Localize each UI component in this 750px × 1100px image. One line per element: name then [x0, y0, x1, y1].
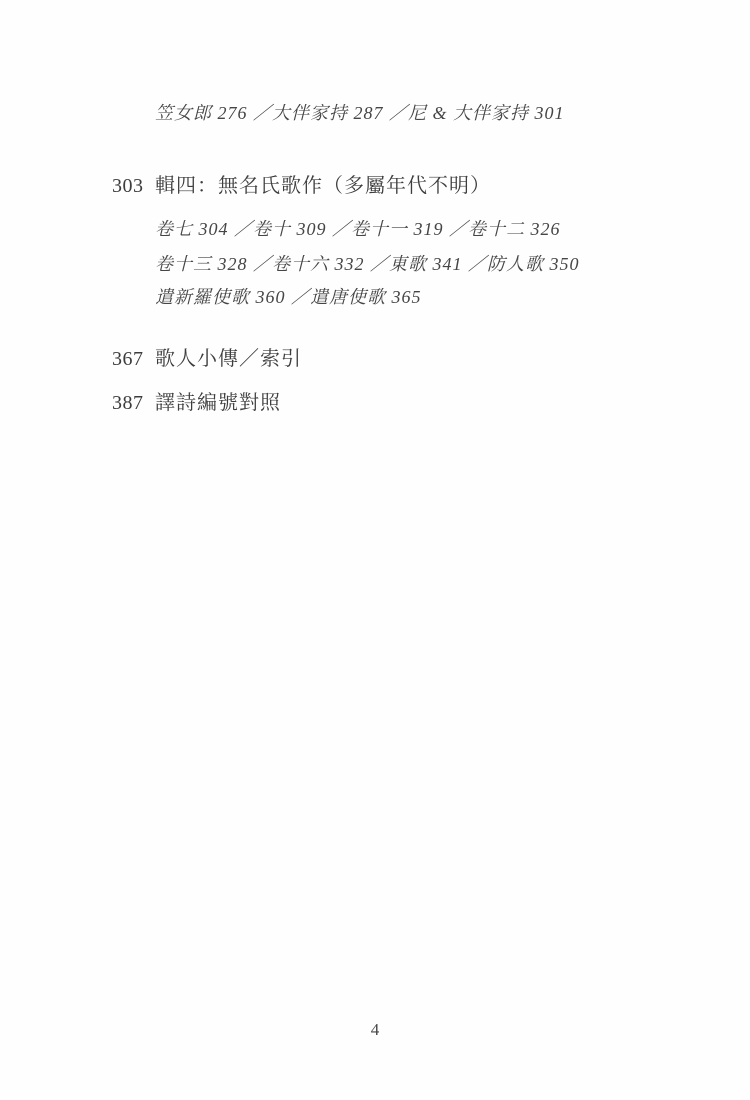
toc-subentry-line: 卷七 304 ／卷十 309 ／卷十一 319 ／卷十二 326 [155, 219, 561, 241]
toc-entry-page-number: 367 [112, 347, 155, 371]
toc-entry: 367 歌人小傳／索引 [112, 347, 302, 371]
toc-subentry-line: 卷十三 328 ／卷十六 332 ／東歌 341 ／防人歌 350 [155, 254, 580, 276]
toc-subentry-line: 遣新羅使歌 360 ／遣唐使歌 365 [155, 287, 422, 309]
toc-entry-title: 輯四：無名氏歌作（多屬年代不明） [155, 174, 491, 198]
toc-entry-title: 歌人小傳／索引 [155, 347, 302, 371]
toc-continuation-line: 笠女郎 276 ／大伴家持 287 ／尼 & 大伴家持 301 [155, 103, 565, 125]
toc-entry-page-number: 303 [112, 174, 155, 198]
toc-page: 笠女郎 276 ／大伴家持 287 ／尼 & 大伴家持 301 303 輯四：無… [0, 0, 750, 1100]
toc-entry: 387 譯詩編號對照 [112, 391, 281, 415]
toc-entry-page-number: 387 [112, 391, 155, 415]
toc-entry: 303 輯四：無名氏歌作（多屬年代不明） [112, 174, 491, 198]
toc-entry-title: 譯詩編號對照 [155, 391, 281, 415]
page-number-folio: 4 [0, 1020, 750, 1040]
